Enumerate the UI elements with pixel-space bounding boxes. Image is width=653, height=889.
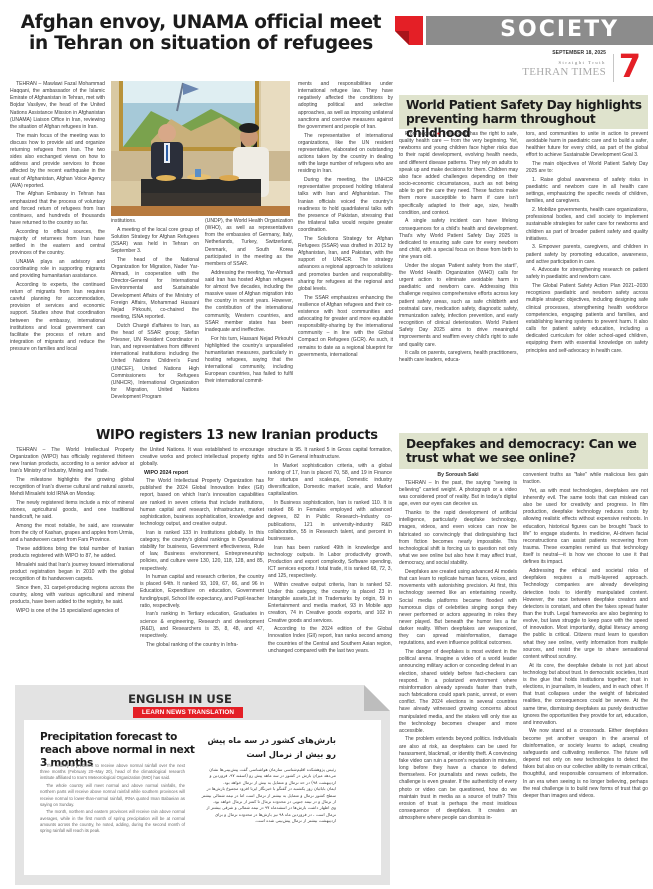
paragraph: During the meeting, the UNHCR representa… [298,177,393,234]
paragraph: The month, northern and eastern province… [40,809,185,834]
paragraph: ایمان بابائیان روز یکشنبه در گفتگو با خب… [200,786,336,805]
paragraph: Dutch Chargé d'affaires to Iran, as the … [111,323,199,402]
patient-safety-column-2: tors, and communities to unite in action… [526,131,648,356]
paragraph: It calls on parents, caregivers, health … [399,350,518,364]
masthead-divider [613,54,614,82]
masthead: SEPTEMBER 18, 2025 Straight Truth TEHRAN… [500,50,650,84]
section-header-bar: SOCIETY [426,16,653,45]
paragraph: A single safety incident can have lifelo… [399,218,518,261]
paragraph: The Global Patient Safety Action Plan 20… [526,283,648,355]
paragraph: In human capital and research criterion,… [140,574,264,610]
paragraph: The representative of international orga… [298,133,393,176]
afghan-article-column-1: TEHRAN – Mawlawi Fazal Mohammad Haqqani,… [10,81,105,355]
paragraph: WIPO is one of the 15 specialized agenci… [10,608,134,615]
afghan-article-headline: Afghan envoy, UNAMA official meet in Teh… [12,12,390,54]
paragraph: Among the most notable, he said, are ros… [10,523,134,544]
paragraph-text: Every child has the right to safe, quali… [399,131,518,216]
paper-tagline: Straight Truth [558,60,606,65]
page-number: 7 [619,47,641,85]
paragraph: The danger of deepfakes is most evident … [399,649,517,735]
paragraph: TEHRAN – In the past, the saying "seeing… [399,480,517,509]
paragraph: We now stand at a crossroads. Either dee… [523,728,648,800]
afghan-article-column-2: institutions. A meeting of the local cor… [111,218,199,403]
issue-date: SEPTEMBER 18, 2025 [552,50,606,56]
paragraph: In Business sophistication, Iran is rank… [268,500,392,543]
paragraph: For his turn, Hassani Nejad Pirkouhi hig… [205,336,293,386]
page-fold-corner-icon [364,685,390,711]
paragraph: According to experts, the continued retu… [10,282,105,354]
paragraph: Iran has been ranked 49th in knowledge a… [268,545,392,581]
objective-item: 4. Advocate for strengthening research o… [526,267,648,281]
paragraph: Yet, as with most technologies, deepfake… [523,488,648,567]
paragraph: (UNDP), the World Health Organization (W… [205,218,293,268]
afghan-article-column-4: ments and responsibilities under interna… [298,81,393,360]
paragraph: Iran is ranked 133 in Institutions globa… [140,530,264,573]
wipo-article-headline: WIPO registers 13 new Iranian products [96,428,378,443]
paragraph: The Afghan Embassy in Tehran has emphasi… [10,191,105,227]
paragraph: The milestone highlights the growing glo… [10,477,134,498]
paragraph: Under the slogan 'Patient safety from th… [399,263,518,349]
paragraph: Addressing the ethical and societal risk… [523,568,648,661]
paragraph: The whole country will meet normal and a… [40,783,185,808]
paragraph: Addressing the meeting, Yar-Ahmadi said … [205,270,293,334]
patient-safety-column-1: From page 1 ● Every child has the right … [399,131,518,366]
paragraph: At its core, the deepfake debate is not … [523,663,648,727]
deepfakes-column-1: TEHRAN – In the past, the saying "seeing… [399,480,517,824]
paragraph: The head of the National Organization fo… [111,257,199,321]
paragraph: Since then, 31 carpet-producing regions … [10,585,134,606]
paragraph: These additions bring the total number o… [10,546,134,560]
persian-body: رئیس پژوهشکده اقلیم‌شناسی سازمان هواشناس… [200,767,336,825]
paragraph: Iran's ranking in Tertiary education, Gr… [140,611,264,640]
paragraph: Thanks to the rapid development of artif… [399,510,517,567]
paragraph: In Market sophistication criteria, with … [268,463,392,499]
objective-item: 2. Mobilize governments, health care org… [526,207,648,243]
paragraph: The main focus of the meeting was to dis… [10,133,105,190]
paragraph: the United Nations. It was established t… [140,447,264,468]
paragraph: According to official sources, the major… [10,229,105,258]
wipo-article-column-3: structure is 95. It ranked 5 in Gross ca… [268,447,392,656]
paragraph: The main objectives of World Patient Saf… [526,161,648,175]
paragraph: وی اظهار داشت بارش‌ها در اسفندماه ۹۷ در … [200,805,336,824]
paragraph: The problem extends beyond politics. Ind… [399,736,517,822]
patient-safety-headline-banner: World Patient Safety Day highlights prev… [399,95,648,129]
from-page-label: From page [405,131,430,137]
deepfakes-column-2: convenient truths as "fake" while malici… [523,472,648,802]
paragraph: UNAMA plays an advisory and coordinating… [10,259,105,280]
bullet-icon: ● [437,131,441,137]
paragraph: The global ranking of the country in Inf… [140,642,264,649]
paragraph: ments and responsibilities under interna… [298,81,393,131]
meeting-photo [111,81,290,216]
deepfakes-byline: By Soroush Saki [399,472,517,478]
paragraph: Within creative output criteria, Iran is… [268,582,392,625]
from-page-number: 1 [432,131,435,137]
paragraph: convenient truths as "fake" while malici… [523,472,648,486]
wipo-subheading: WIPO 2024 report [140,470,264,477]
objective-item: 3. Empower parents, caregivers, and chil… [526,244,648,265]
paper-name: TEHRAN TIMES [522,66,606,78]
deepfakes-headline: Deepfakes and democracy: Can we trust wh… [406,437,648,465]
paragraph: The country is predicted to receive abov… [40,763,185,782]
paragraph: The SSAR emphasizes enhancing the resili… [298,295,393,359]
objective-item: 1. Raise global awareness of safety risk… [526,177,648,206]
paragraph: institutions. [111,218,199,225]
learn-news-translation-badge: LEARN NEWS TRANSLATION [133,707,243,718]
deepfakes-headline-banner: Deepfakes and democracy: Can we trust wh… [399,433,648,469]
paragraph: From page 1 ● Every child has the right … [399,131,518,217]
paragraph: رئیس پژوهشکده اقلیم‌شناسی سازمان هواشناس… [200,767,336,786]
persian-headline: بارش‌های کشور در سه ماه پیش رو بیش از نر… [200,733,336,761]
english-body: The country is predicted to receive abov… [40,763,185,836]
section-title: SOCIETY [500,17,619,42]
paragraph: tors, and communities to unite in action… [526,131,648,160]
paragraph: According to the 2024 edition of the Glo… [268,626,392,655]
wipo-article-column-2: the United Nations. It was established t… [140,447,264,650]
paragraph: Deepfakes are created using advanced AI … [399,569,517,648]
paragraph: The newly registered items include a mix… [10,500,134,521]
wipo-article-column-1: TEHRAN – The World Intellectual Property… [10,447,134,616]
paragraph: The World Intellectual Property Organiza… [140,478,264,528]
paragraph: Mirsalehi said that Iran's journey towar… [10,562,134,583]
paragraph: TEHRAN – Mawlawi Fazal Mohammad Haqqani,… [10,81,105,131]
section-folded-corner-icon [395,16,423,45]
paragraph: The Solutions Strategy for Afghan Refuge… [298,236,393,293]
paragraph: A meeting of the local core group of Sol… [111,227,199,256]
paragraph: structure is 95. It ranked 5 in Gross ca… [268,447,392,461]
paragraph: TEHRAN – The World Intellectual Property… [10,447,134,476]
afghan-article-column-3: (UNDP), the World Health Organization (W… [205,218,293,387]
english-in-use-title: ENGLISH IN USE [15,692,345,706]
